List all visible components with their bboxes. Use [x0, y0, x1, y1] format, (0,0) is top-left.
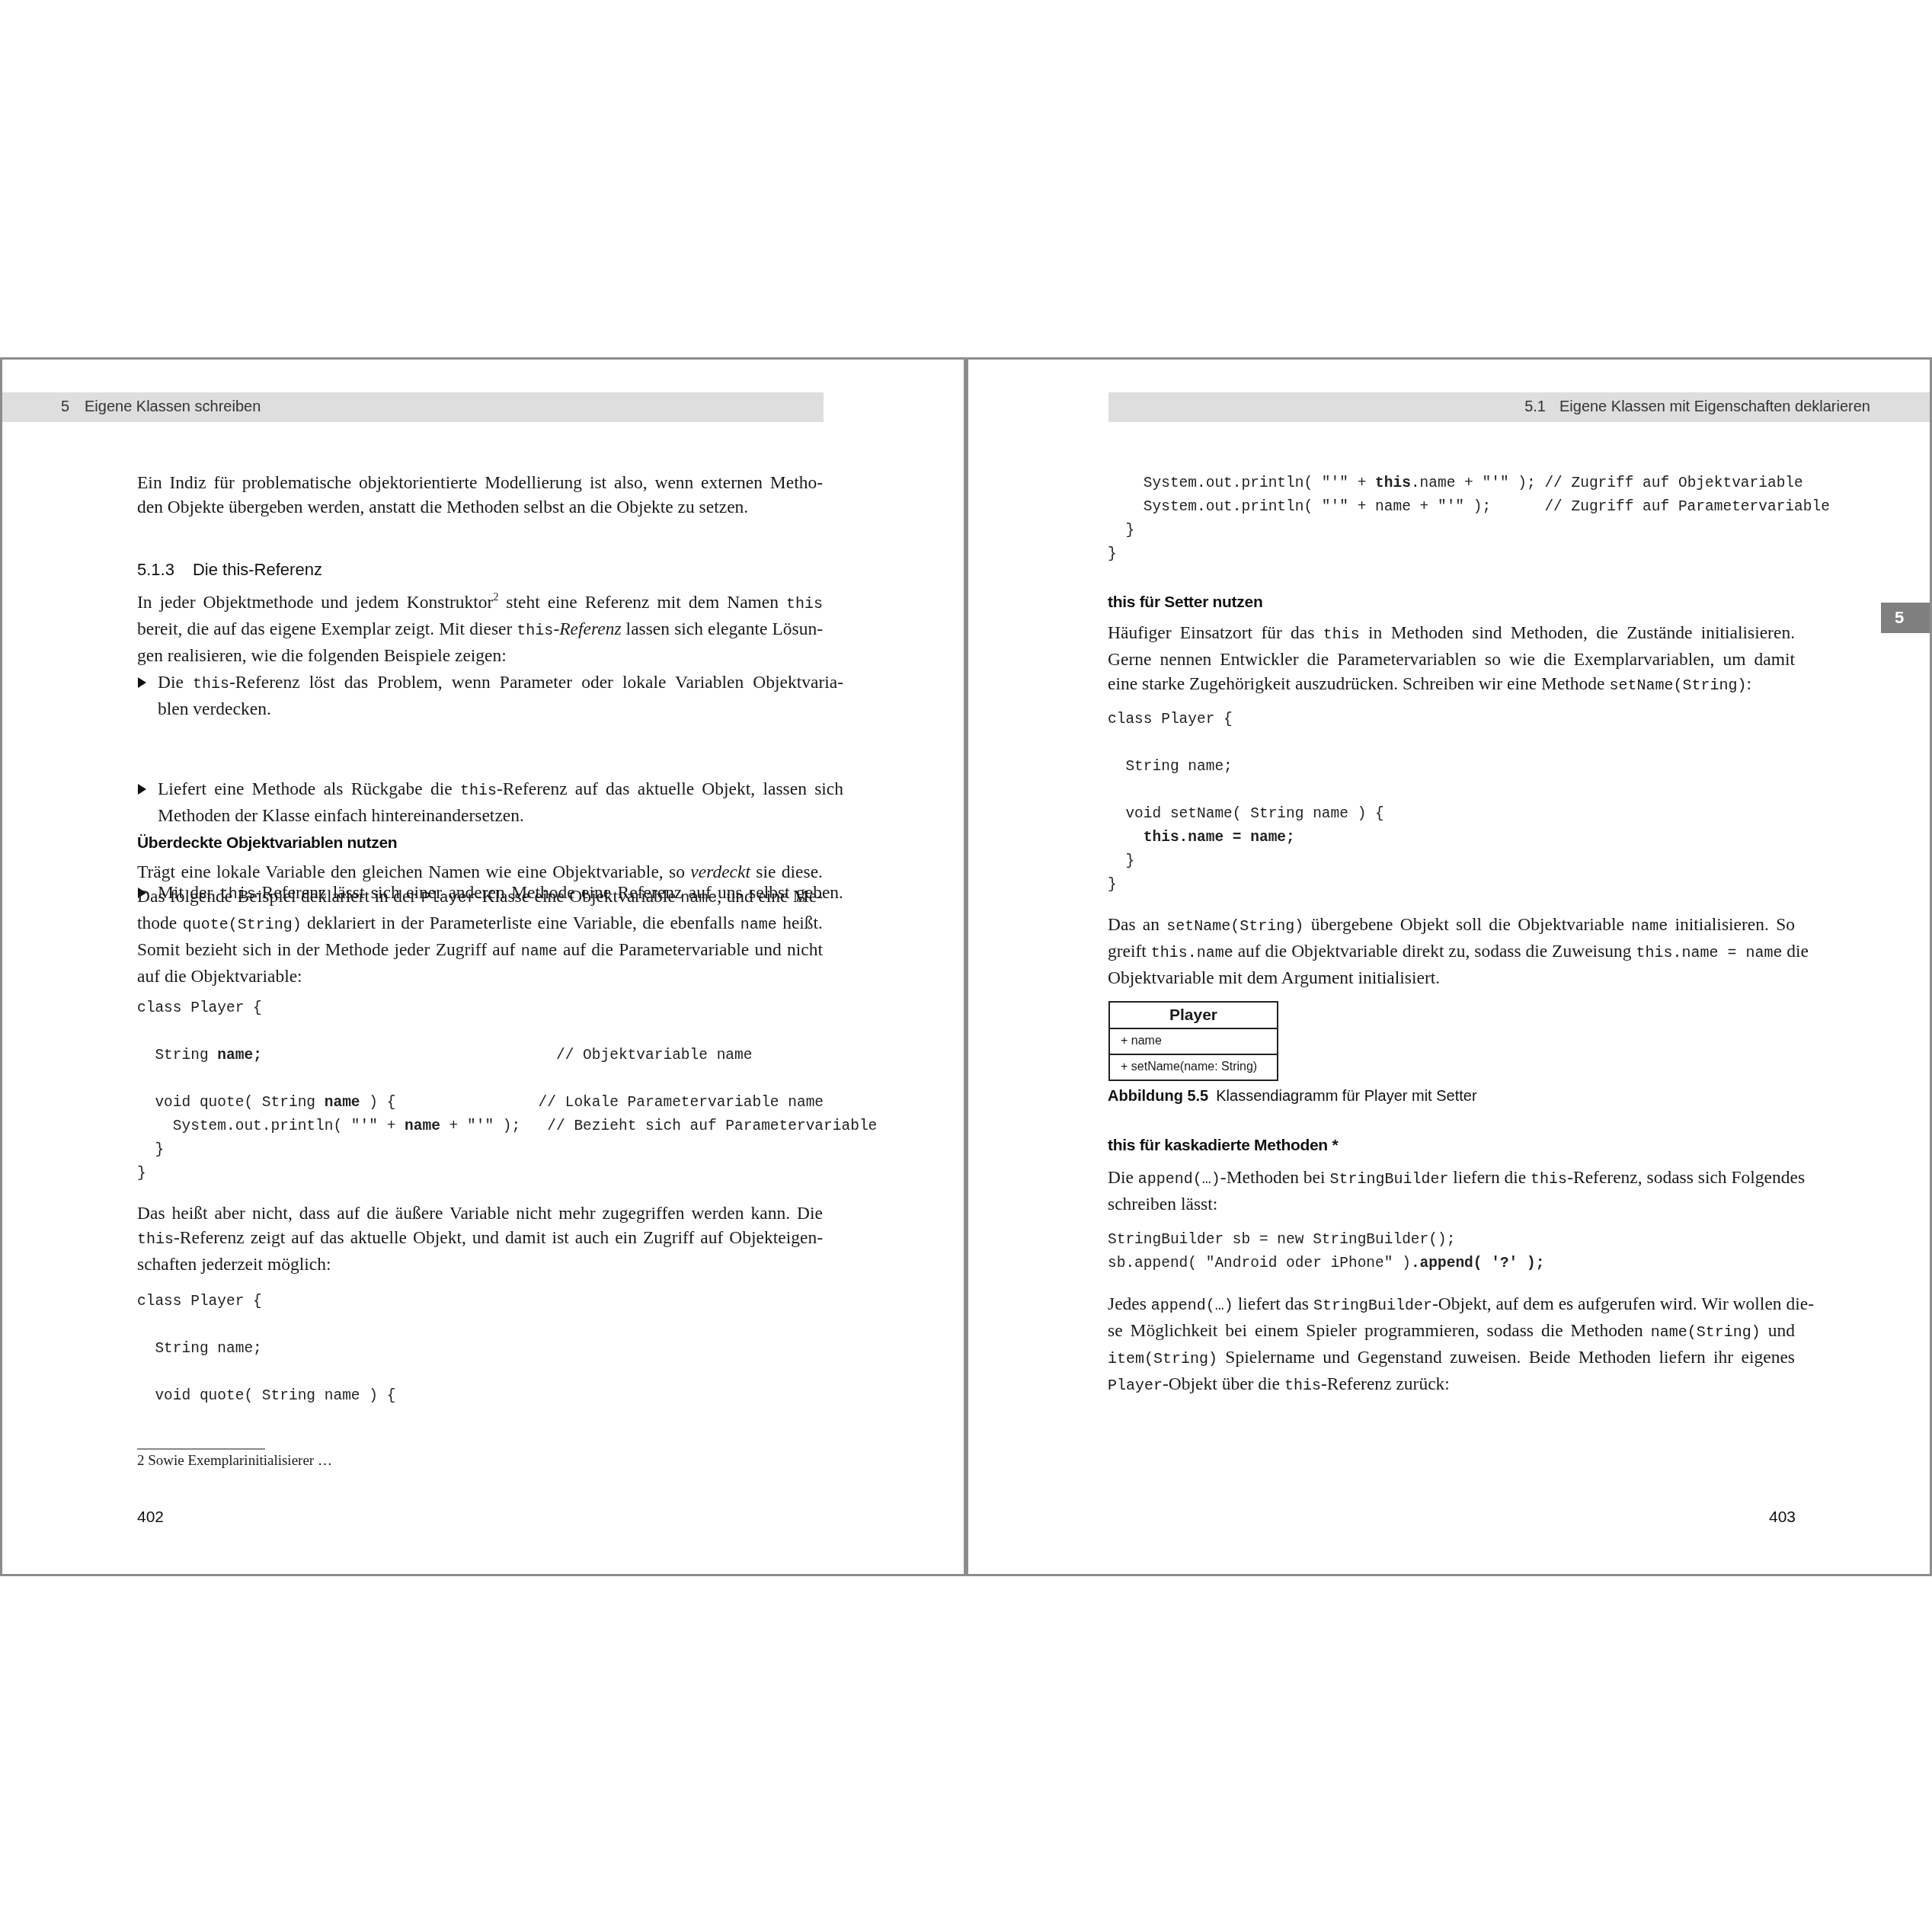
- chapter-title: Eigene Klassen schreiben: [85, 392, 261, 422]
- figure-caption: Abbildung 5.5Klassendiagramm für Player …: [1108, 1088, 1477, 1105]
- intro-paragraph: Ein Indiz für problematische objektorien…: [137, 471, 823, 520]
- paragraph-cascade: Die append(…)-Methoden bei StringBuilder…: [1108, 1166, 1795, 1217]
- uml-class-diagram: Player + name + setName(name: String): [1108, 1001, 1278, 1081]
- text-line: eine starke Zugehörigkeit auszudrücken. …: [1108, 672, 1795, 699]
- section-title: Die this-Referenz: [193, 560, 322, 579]
- footnote: 2 Sowie Exemplarinitialisierer …: [137, 1453, 332, 1470]
- text-line: greift this.name auf die Objektvariable …: [1108, 939, 1795, 966]
- text-line: Jedes append(…) liefert das StringBuilde…: [1108, 1292, 1795, 1319]
- code-listing-cascade: StringBuilder sb = new StringBuilder();s…: [1108, 1228, 1795, 1275]
- paragraph-after-setter: Das an setName(String) übergebene Objekt…: [1108, 913, 1795, 990]
- text-line: Das folgende Beispiel deklariert in der …: [137, 884, 823, 911]
- text-line: schaften jederzeit möglich:: [137, 1252, 823, 1277]
- text-line: Das an setName(String) übergebene Objekt…: [1108, 913, 1795, 939]
- paragraph-setter: Häufiger Einsatzort für das this in Meth…: [1108, 621, 1795, 699]
- uml-method: + setName(name: String): [1110, 1055, 1277, 1080]
- text-line: Die this-Referenz löst das Problem, wenn…: [158, 670, 843, 697]
- figure-caption-text: Klassendiagramm für Player mit Setter: [1216, 1088, 1476, 1105]
- text-line: Ein Indiz für problematische objektorien…: [137, 471, 823, 495]
- text-line: se Möglichkeit bei einem Spieler program…: [1108, 1319, 1795, 1345]
- text-line: Trägt eine lokale Variable den gleichen …: [137, 860, 823, 884]
- chapter-number: 5: [61, 392, 69, 422]
- text-line: gen realisieren, wie die folgenden Beisp…: [137, 644, 823, 668]
- running-header-left: 5 Eigene Klassen schreiben: [2, 392, 824, 422]
- text-line: bereit, die auf das eigene Exemplar zeig…: [137, 617, 823, 644]
- page-number-left: 402: [137, 1508, 164, 1527]
- section-title: Eigene Klassen mit Eigenschaften deklari…: [1559, 398, 1870, 415]
- text-line: this-Referenz zeigt auf das aktuelle Obj…: [137, 1226, 823, 1252]
- subheading-cascade: this für kaskadierte Methoden *: [1108, 1137, 1795, 1155]
- section-number: 5.1: [1524, 398, 1546, 415]
- text-line: Somit bezieht sich in der Methode jeder …: [137, 938, 823, 964]
- text-line: Das heißt aber nicht, dass auf die äußer…: [137, 1201, 823, 1226]
- text-line: Die append(…)-Methoden bei StringBuilder…: [1108, 1166, 1795, 1192]
- code-listing-1: class Player { String name; // Objektvar…: [137, 996, 823, 1185]
- footnote-rule: [137, 1448, 265, 1450]
- subheading-setter: this für Setter nutzen: [1108, 593, 1795, 612]
- text-line: Methoden der Klasse einfach hintereinand…: [158, 804, 843, 828]
- page-divider: [964, 357, 968, 1576]
- text-line: blen verdecken.: [158, 697, 843, 721]
- uml-class-name: Player: [1110, 1003, 1277, 1029]
- bullet-item: Die this-Referenz löst das Problem, wenn…: [137, 670, 843, 721]
- text-line: Häufiger Einsatzort für das this in Meth…: [1108, 621, 1795, 648]
- text-line: Player-Objekt über die this-Referenz zur…: [1108, 1372, 1795, 1399]
- text-line: Liefert eine Methode als Rückgabe die th…: [158, 777, 843, 804]
- section-paragraph: In jeder Objektmethode und jedem Konstru…: [137, 590, 823, 668]
- paragraph-overdeckte: Trägt eine lokale Variable den gleichen …: [137, 860, 823, 989]
- subheading-overdeckte: Überdeckte Objektvariablen nutzen: [137, 834, 823, 852]
- section-heading: 5.1.3Die this-Referenz: [137, 560, 823, 580]
- chapter-thumb-tab[interactable]: 5: [1881, 603, 1930, 633]
- figure-label: Abbildung 5.5: [1108, 1088, 1208, 1105]
- code-listing-continued: System.out.println( "'" + this.name + "'…: [1108, 472, 1795, 566]
- text-line: auf die Objektvariable:: [137, 964, 823, 989]
- paragraph-outer-variable: Das heißt aber nicht, dass auf die äußer…: [137, 1201, 823, 1277]
- text-line: den Objekte übergeben werden, anstatt di…: [137, 495, 823, 520]
- text-line: thode quote(String) deklariert in der Pa…: [137, 911, 823, 938]
- code-listing-2: class Player { String name; void quote( …: [137, 1290, 823, 1408]
- bullet-item: Liefert eine Methode als Rückgabe die th…: [137, 777, 843, 828]
- code-listing-setter: class Player { String name; void setName…: [1108, 708, 1795, 897]
- text-line: In jeder Objektmethode und jedem Konstru…: [137, 590, 823, 617]
- paragraph-final: Jedes append(…) liefert das StringBuilde…: [1108, 1292, 1795, 1399]
- uml-attribute: + name: [1110, 1029, 1277, 1055]
- page-number-right: 403: [1769, 1508, 1796, 1527]
- text-line: schreiben lässt:: [1108, 1192, 1795, 1217]
- text-line: Gerne nennen Entwickler die Parametervar…: [1108, 648, 1795, 672]
- text-line: Objektvariable mit dem Argument initiali…: [1108, 966, 1795, 990]
- text-line: item(String) Spielername und Gegenstand …: [1108, 1345, 1795, 1372]
- section-number: 5.1.3: [137, 560, 174, 579]
- running-header-right: 5.1Eigene Klassen mit Eigenschaften dekl…: [1108, 392, 1930, 422]
